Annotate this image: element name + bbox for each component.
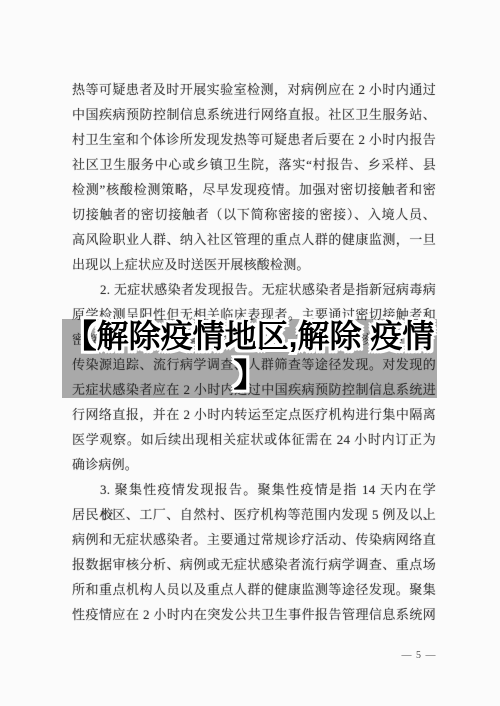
document-line: 2. 无症状感染者发现报告。无症状感染者是指新冠病毒病 [72,277,436,302]
document-line: 村卫生室和个体诊所发现发热等可疑患者后要在 2 小时内报告 [72,127,436,152]
caption-overlay: 【解除疫情地区,解除 疫情 】 [62,317,437,395]
scanned-document-page: 热等可疑患者及时开展实验室检测，对病例应在 2 小时内通过中国疾病预防控制信息系… [0,0,500,706]
document-line: 报数据审核分析、病例或无症状感染者流行病学调查、重点场 [72,552,436,577]
caption-line-1: 【解除疫情地区,解除 疫情 [62,317,437,356]
document-line: 高风险职业人群、纳入社区管理的重点人群的健康监测，一旦 [72,227,436,252]
caption-line-2: 】 [62,356,437,395]
document-line: 病例和无症状感染者。主要通过常规诊疗活动、传染病网络直 [72,527,436,552]
document-line: 居民小区、工厂、自然村、医疗机构等范围内发现 5 例及以上 [72,502,436,527]
document-line: 热等可疑患者及时开展实验室检测，对病例应在 2 小时内通过 [72,77,436,102]
document-line: 性疫情应在 2 小时内在突发公共卫生事件报告管理信息系统网 [72,602,436,627]
document-line: 所和重点机构人员以及重点人群的健康监测等途径发现。聚集 [72,577,436,602]
document-line: 3. 聚集性疫情发现报告。聚集性疫情是指 14 天内在学校、 [72,477,436,502]
page-number: — 5 — [398,650,440,661]
document-line: 确诊病例。 [72,452,436,477]
document-line: 社区卫生服务中心或乡镇卫生院，落实“村报告、乡采样、县 [72,152,436,177]
document-line: 行网络直报，并在 2 小时内转运至定点医疗机构进行集中隔离 [72,402,436,427]
document-line: 出现以上症状应及时送医开展核酸检测。 [72,252,436,277]
document-line: 医学观察。如后续出现相关症状或体征需在 24 小时内订正为 [72,427,436,452]
document-line: 中国疾病预防控制信息系统进行网络直报。社区卫生服务站、 [72,102,436,127]
document-line: 检测”核酸检测策略，尽早发现疫情。加强对密切接触者和密 [72,177,436,202]
document-line: 切接触者的密切接触者（以下简称密接的密接）、入境人员、 [72,202,436,227]
